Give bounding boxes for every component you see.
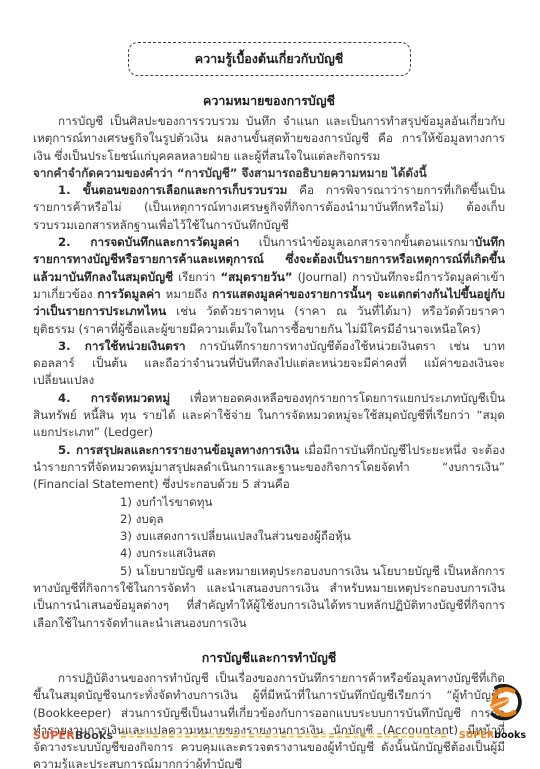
- title-banner: ความรู้เบื้องต้นเกี่ยวกับบัญชี: [128, 42, 411, 76]
- item-1: 1. ขั้นตอนของการเลือกและการเก็บรวบรวม คื…: [33, 182, 505, 234]
- title-banner-text: ความรู้เบื้องต้นเกี่ยวกับบัญชี: [195, 49, 344, 69]
- item-5: 5. การสรุปผลและการรายงานข้อมูลทางการเงิน…: [33, 442, 505, 494]
- item-2: 2. การจดบันทึกและการวัดมูลค่า เป็นการนำข…: [33, 234, 505, 338]
- footer-divider-dashes: [121, 733, 449, 738]
- intro-paragraph: การบัญชี เป็นศิลปะของการรวบรวม บันทึก จำ…: [33, 113, 505, 165]
- item-3: 3. การใช้หน่วยเงินตรา การบันทึกรายการทาง…: [33, 338, 505, 390]
- footer-brand-right-super: SUPER: [459, 730, 494, 741]
- section-heading-meaning: ความหมายของการบัญชี: [33, 91, 505, 111]
- footer-brand-left-books: Books: [75, 729, 113, 742]
- footer-brand-left: SUPERBooks: [33, 729, 113, 742]
- section-heading-bookkeeping: การบัญชีและการทำบัญชี: [33, 648, 505, 668]
- statement-item-3: 3) งบแสดงการเปลี่ยนแปลงในส่วนของผู้ถือหุ…: [33, 528, 505, 545]
- page-footer: SUPERBooks SUPERbooks: [33, 727, 526, 743]
- document-page: ความรู้เบื้องต้นเกี่ยวกับบัญชี ความหมายข…: [0, 0, 540, 769]
- item-4: 4. การจัดหมวดหมู่ เพื่อหายอดคงเหลือของทุ…: [33, 390, 505, 442]
- statement-item-1: 1) งบกำไรขาดทุน: [33, 494, 505, 511]
- bookkeeping-paragraph: การปฏิบัติงานของการทำบัญชี เป็นเรื่องของ…: [33, 670, 505, 769]
- statement-item-2: 2) งบดุล: [33, 511, 505, 528]
- footer-brand-right-books: books: [494, 730, 526, 741]
- footer-brand-left-super: SUPER: [33, 729, 75, 742]
- superbooks-logo-icon: SUPERBooks: [483, 684, 527, 725]
- statement-item-5: 5) นโยบายบัญชี และหมายเหตุประกอบงบการเงิ…: [33, 563, 505, 632]
- definition-heading: จากคำจำกัดความของคำว่า “การบัญชี” จึงสาม…: [33, 165, 505, 182]
- footer-brand-right: SUPERbooks: [459, 730, 526, 741]
- statement-item-4: 4) งบกระแสเงินสด: [33, 545, 505, 562]
